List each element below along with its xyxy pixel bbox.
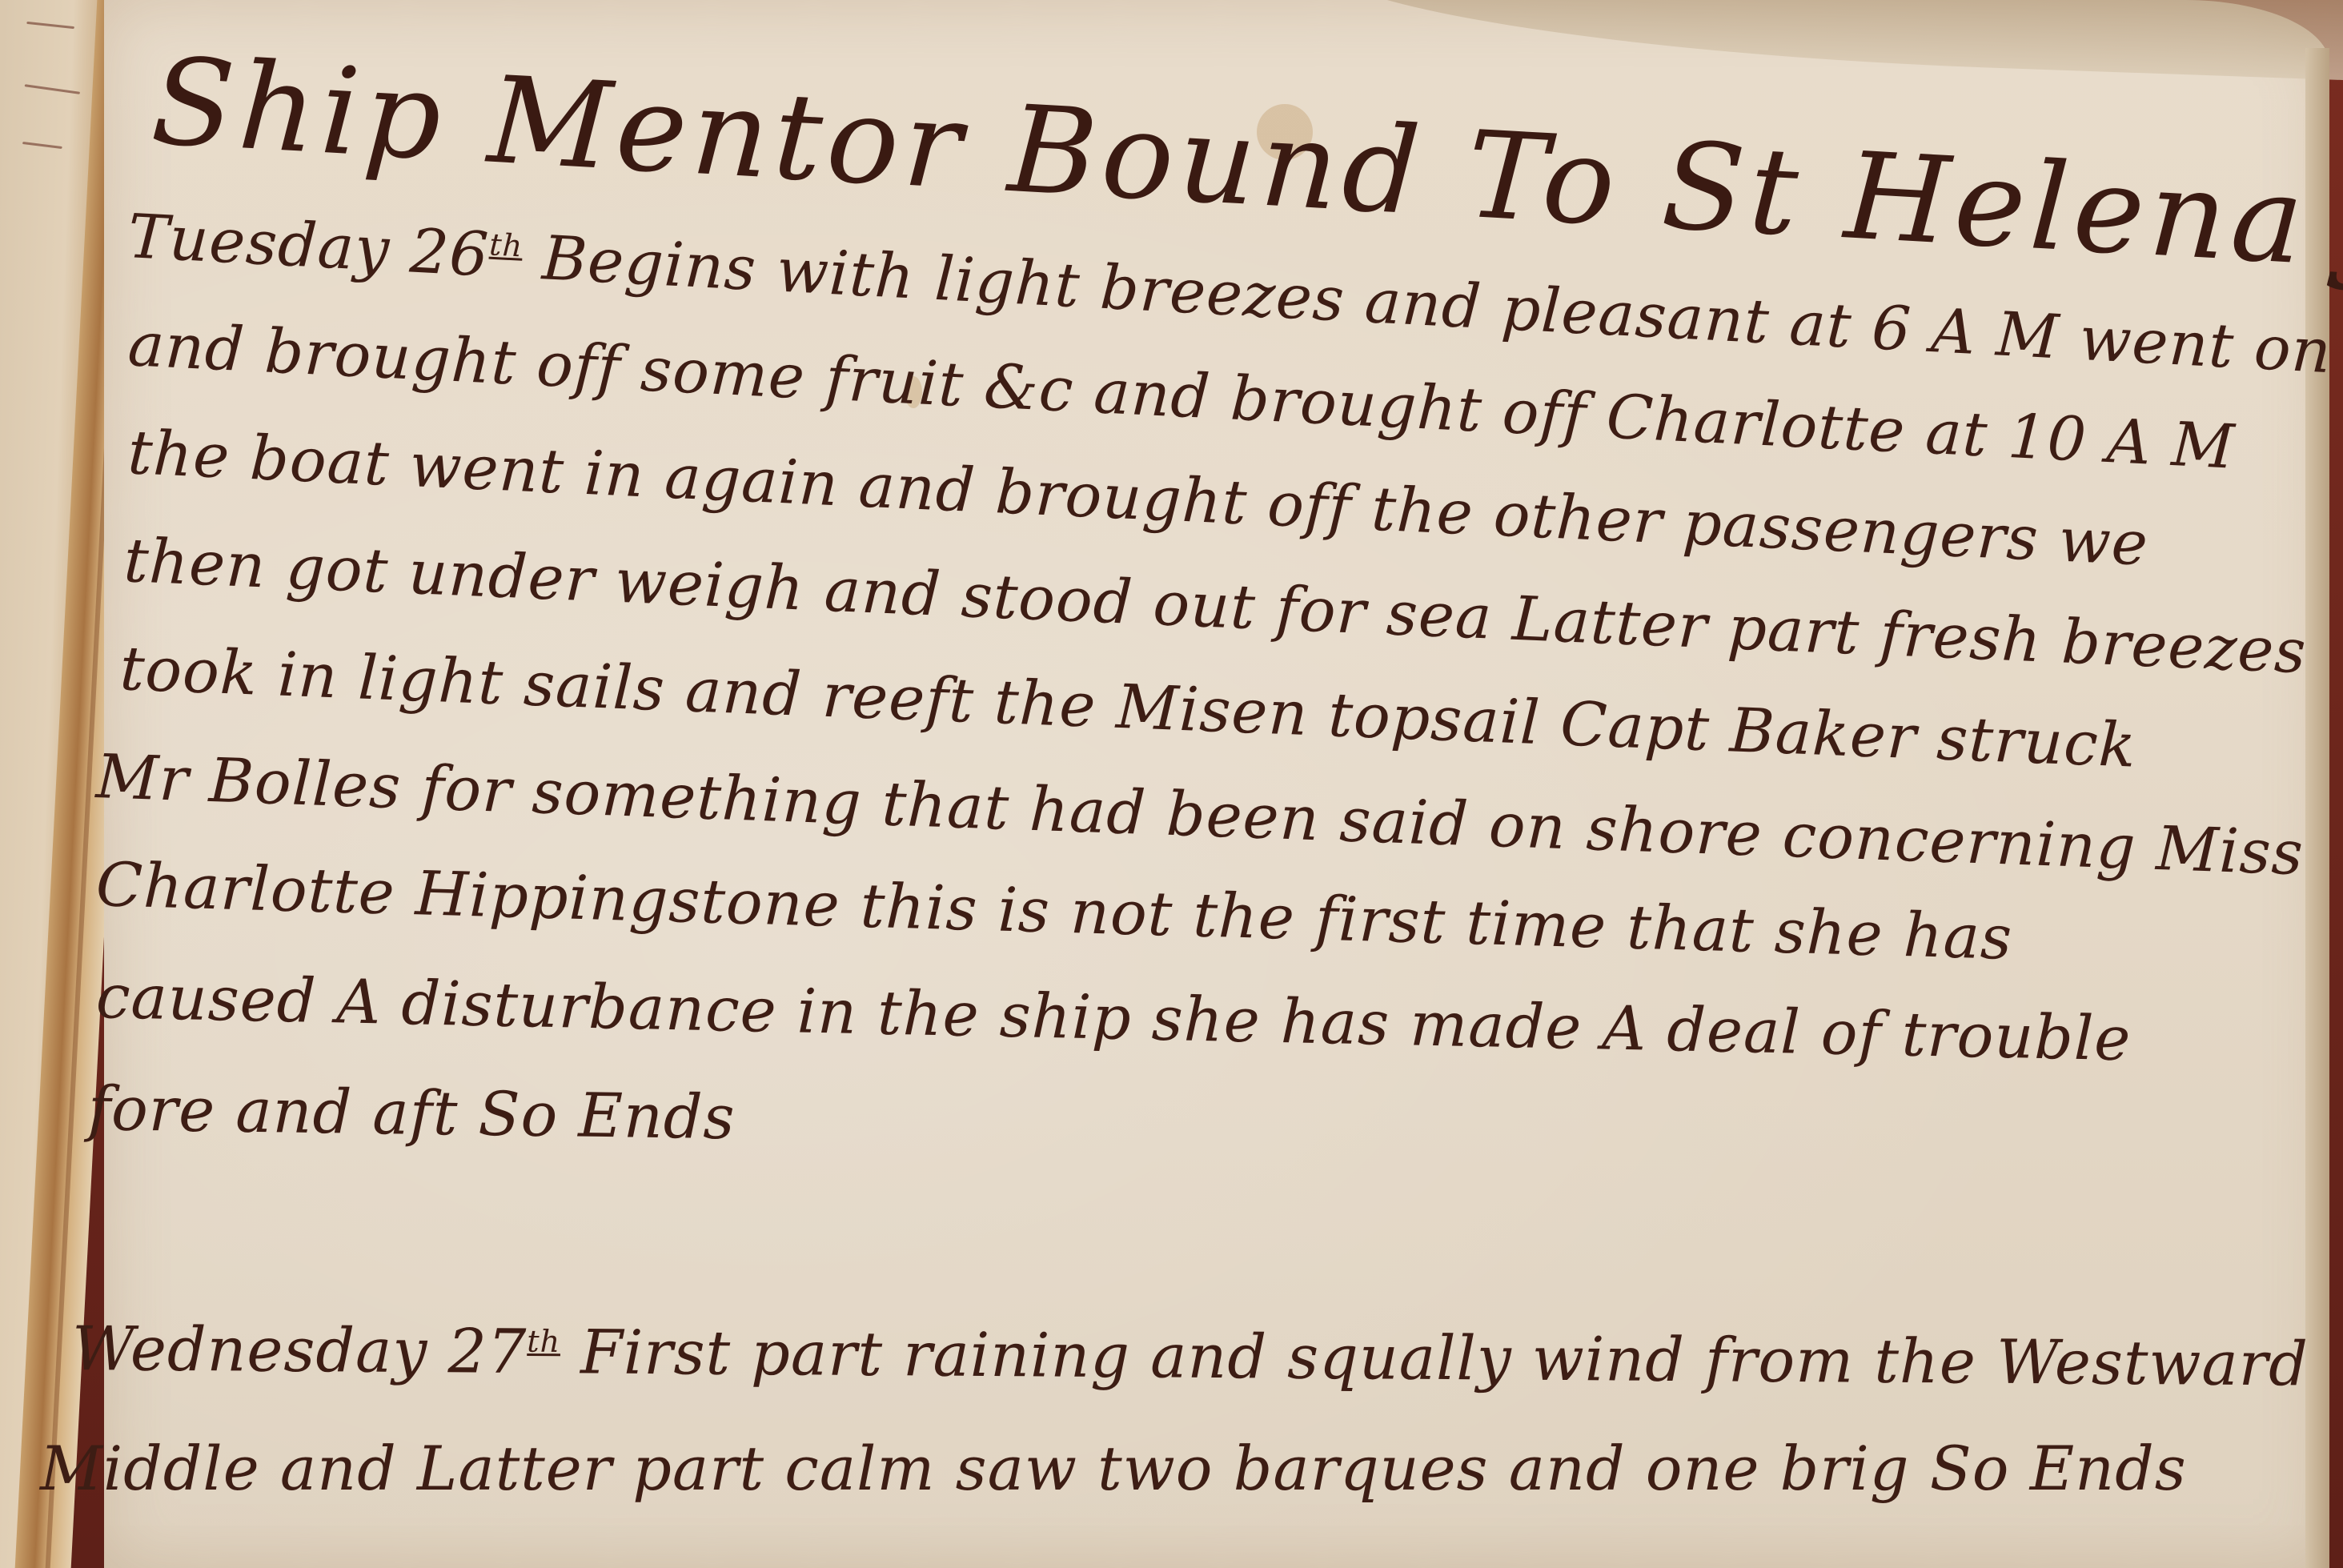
facing-page-ink xyxy=(22,142,62,149)
page-curl xyxy=(1304,0,2343,84)
facing-page-ink xyxy=(25,84,80,94)
entry-date-suffix: th xyxy=(488,227,524,263)
entry-date: 26 xyxy=(408,215,491,291)
entry-day: Wednesday xyxy=(72,1313,428,1386)
entry-date-suffix: th xyxy=(527,1324,560,1359)
entry-line: Middle and Latter part calm saw two barq… xyxy=(40,1433,2187,1504)
entry-line: fore and aft So Ends xyxy=(87,1073,736,1153)
entry-date: 27 xyxy=(447,1315,527,1387)
entry-day: Tuesday xyxy=(126,200,392,285)
entry-text: First part raining and squally wind from… xyxy=(580,1316,2309,1399)
facing-page-ink xyxy=(26,22,74,29)
logbook-photo: Ship Mentor Bound To St Helena January T… xyxy=(0,0,2343,1568)
